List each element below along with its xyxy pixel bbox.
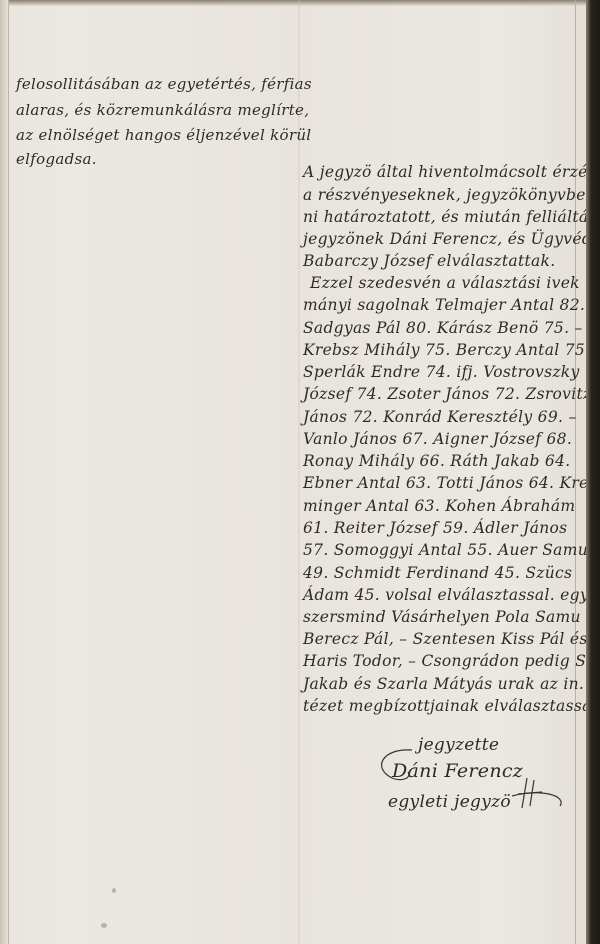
text-line: Krebsz Mihály 75. Berczy Antal 75.	[303, 341, 590, 359]
text-line: tézet megbízottjainak elválasztassal.	[303, 697, 600, 715]
text-line: József 74. Zsoter János 72. Zsrovitz	[303, 385, 591, 403]
text-line: 49. Schmidt Ferdinand 45. Szücs	[303, 564, 572, 582]
text-line: Haris Todor, – Csongrádon pedig Sváb	[303, 652, 600, 670]
text-line: Ronay Mihály 66. Ráth Jakab 64.	[303, 452, 570, 470]
text-line: Ádam 45. volsal elválasztassal. egy.	[303, 586, 592, 604]
text-line: A jegyzö által hiventolmácsolt érzései	[303, 163, 600, 181]
signature-flourish-icon	[372, 738, 572, 818]
text-line: jegyzönek Dáni Ferencz, és Ügyvédnek	[303, 230, 600, 248]
text-line: a részvényeseknek, jegyzökönyvbe tétet.	[303, 186, 600, 204]
text-line: János 72. Konrád Keresztély 69. –	[303, 408, 577, 426]
text-line: szersmind Vásárhelyen Pola Samu és	[303, 608, 600, 626]
text-line: Jakab és Szarla Mátyás urak az in.	[303, 675, 584, 693]
text-line: az elnölséget hangos éljenzével körül	[16, 126, 311, 144]
text-line: Sperlák Endre 74. ifj. Vostrovszky	[303, 363, 580, 381]
page-left-edge	[0, 0, 9, 944]
margin-rule-line	[575, 0, 576, 944]
text-line: Vanlo János 67. Aigner József 68.	[303, 430, 572, 448]
paper-stain	[112, 888, 116, 893]
text-line: Babarczy József elválasztattak.	[303, 252, 555, 270]
text-line: 61. Reiter József 59. Ádler János	[303, 519, 567, 537]
text-line: felosollitásában az egyetértés, férfias	[16, 75, 312, 93]
paper-stain	[101, 923, 107, 928]
text-line: Ezzel szedesvén a választási ivek válasz…	[310, 274, 600, 292]
binding-shadow	[586, 0, 600, 944]
text-line: Berecz Pál, – Szentesen Kiss Pál és	[303, 630, 588, 648]
text-line: Sadgyas Pál 80. Kárász Benö 75. –	[303, 319, 583, 337]
text-line: mányi sagolnak Telmajer Antal 82.	[303, 296, 585, 314]
manuscript-page: felosollitásában az egyetértés, férfias …	[0, 0, 586, 944]
text-line: alaras, és közremunkálásra meglírte,	[16, 101, 309, 119]
text-line: Ebner Antal 63. Totti János 64. Kre.	[303, 474, 594, 492]
text-line: 57. Somoggyi Antal 55. Auer Samu	[303, 541, 588, 559]
text-line: ni határoztatott, és miután felliáltássa…	[303, 208, 600, 226]
text-line: elfogadsa.	[16, 150, 97, 168]
text-line: minger Antal 63. Kohen Ábrahám	[303, 497, 575, 515]
